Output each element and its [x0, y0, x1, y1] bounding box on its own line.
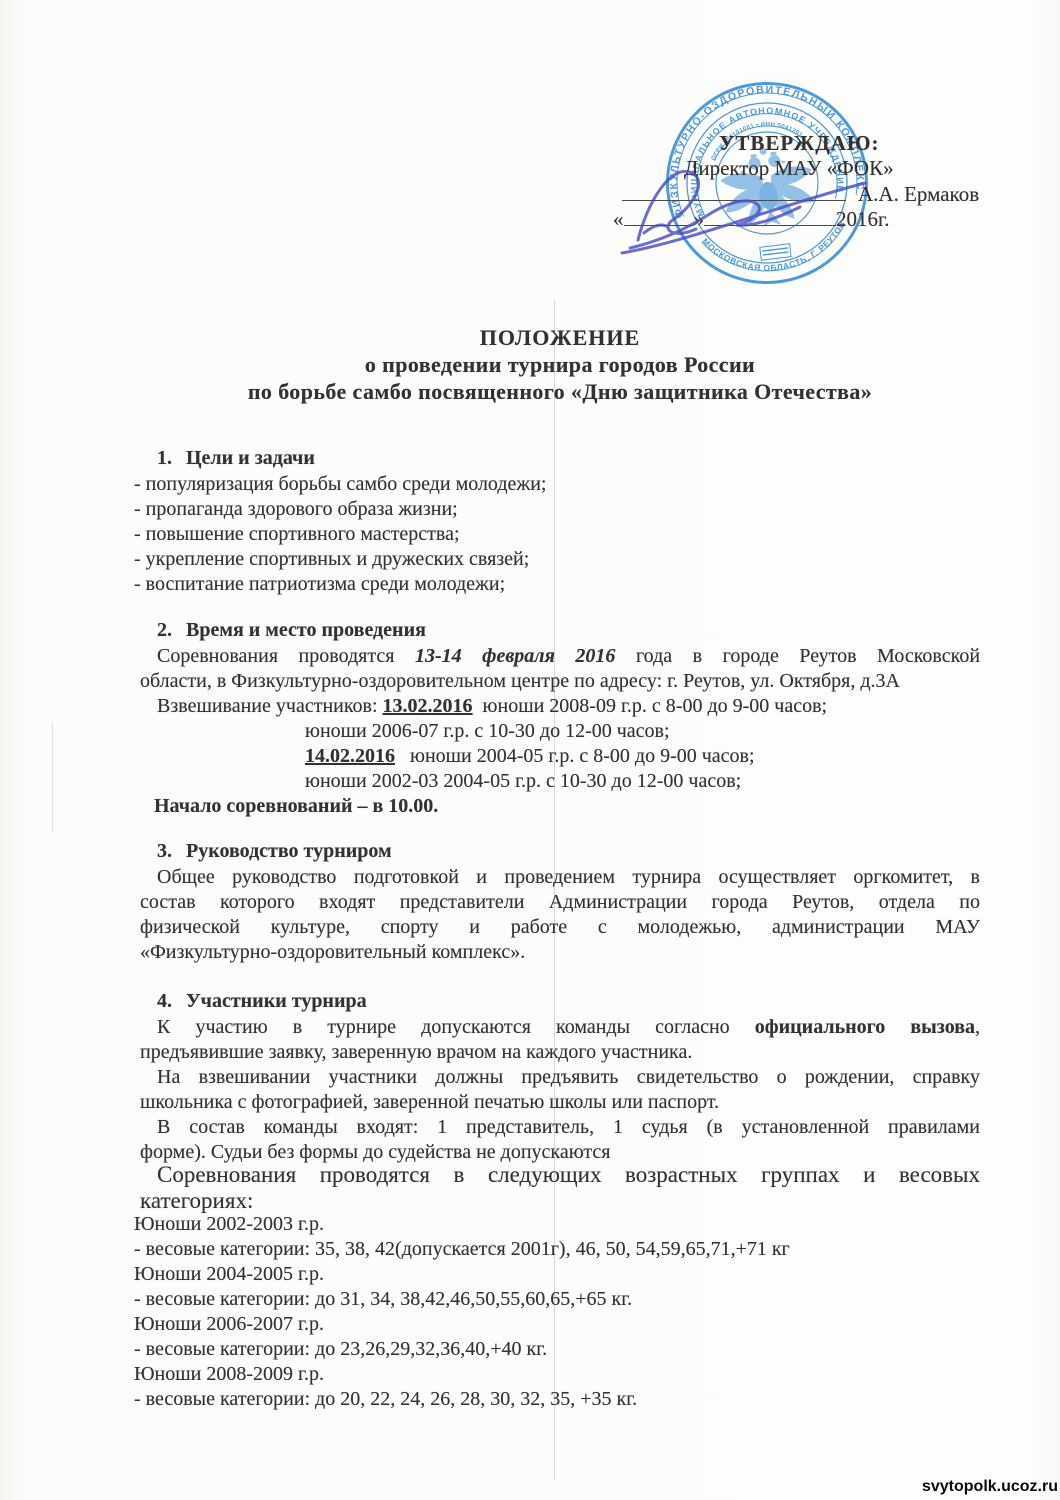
- management-paragraph-line: физической культуре, спорту и работе с м…: [140, 915, 980, 940]
- age-group-weights: - весовые категории: до 23,26,29,32,36,4…: [134, 1337, 974, 1362]
- age-groups-intro-line2: категориях:: [140, 1188, 980, 1214]
- management-paragraph-line: состав которого входят представители Адм…: [140, 890, 980, 915]
- site-watermark: svytopolk.ucoz.ru: [922, 1478, 1058, 1496]
- age-group-weights: - весовые категории: до 20, 22, 24, 26, …: [134, 1387, 974, 1412]
- age-groups-intro-line1: Соревнования проводятся в следующих возр…: [140, 1162, 980, 1188]
- section-time-place: 2.Время и место проведения Соревнования …: [140, 618, 980, 819]
- title-line-3: по борьбе самбо посвященного «Дню защитн…: [140, 378, 980, 405]
- section-time-place-number: 2.: [157, 619, 172, 641]
- section-goals-number: 1.: [157, 447, 172, 469]
- age-groups-list: Юноши 2002-2003 г.р. - весовые категории…: [134, 1212, 974, 1412]
- age-group-name: Юноши 2006-2007 г.р.: [134, 1312, 974, 1337]
- participants-p1-line1: К участию в турнире допускаются команды …: [140, 1015, 980, 1040]
- handwritten-signature: [600, 145, 890, 260]
- weigh-in-line2: юноши 2006-07 г.р. с 10-30 до 12-00 часо…: [140, 719, 980, 744]
- weigh-in-schedule: юноши 2004-05 г.р. с 8-00 до 9-00 часов;: [410, 745, 755, 767]
- section-goals-heading: 1.Цели и задачи: [140, 446, 980, 472]
- age-group-name: Юноши 2002-2003 г.р.: [134, 1212, 974, 1237]
- age-groups-intro: Соревнования проводятся в следующих возр…: [140, 1162, 980, 1214]
- weigh-in-date-1: 13.02.2016: [383, 695, 473, 717]
- scanned-document-page: ФИЗКУЛЬТУРНО-ОЗДОРОВИТЕЛЬНЫЙ КОМПЛЕКС МО…: [0, 0, 1060, 1500]
- paragraph-text: года в городе Реутов Московской: [636, 645, 980, 667]
- weigh-in-date-2: 14.02.2016: [305, 745, 395, 767]
- participants-p1-line2: предъявившие заявку, заверенную врачом н…: [140, 1040, 980, 1065]
- time-place-paragraph-line2: области, в Физкультурно-оздоровительном …: [140, 669, 980, 694]
- participants-p2-line1: На взвешивании участники должны предъяви…: [140, 1065, 980, 1090]
- section-participants-number: 4.: [157, 990, 172, 1012]
- weigh-in-line1: Взвешивание участников: 13.02.2016 юноши…: [140, 694, 980, 719]
- section-management: 3.Руководство турниром Общее руководство…: [140, 839, 980, 965]
- management-paragraph-line: Общее руководство подготовкой и проведен…: [140, 865, 980, 890]
- participants-p3-line1: В состав команды входят: 1 представитель…: [140, 1115, 980, 1140]
- goal-item: - укрепление спортивных и дружеских связ…: [134, 547, 980, 572]
- section-participants: 4.Участники турнира К участию в турнире …: [140, 989, 980, 1165]
- weigh-in-line4: юноши 2002-03 2004-05 г.р. с 10-30 до 12…: [140, 769, 980, 794]
- weigh-in-line3: 14.02.2016 юноши 2004-05 г.р. с 8-00 до …: [140, 744, 980, 769]
- time-place-paragraph-line1: Соревнования проводятся 13-14 февраля 20…: [140, 644, 980, 669]
- age-group-name: Юноши 2004-2005 г.р.: [134, 1262, 974, 1287]
- section-management-title: Руководство турниром: [186, 840, 392, 862]
- management-paragraph-line: «Физкультурно-оздоровительный комплекс».: [140, 940, 980, 965]
- signature-ink-strokes: [600, 145, 890, 260]
- section-management-number: 3.: [157, 840, 172, 862]
- section-time-place-title: Время и место проведения: [186, 619, 426, 641]
- goal-item: - воспитание патриотизма среди молодежи;: [134, 572, 980, 597]
- goal-item: - повышение спортивного мастерства;: [134, 522, 980, 547]
- official-invitation-bold: официального вызова: [755, 1016, 975, 1038]
- weigh-in-schedule: юноши 2008-09 г.р. с 8-00 до 9-00 часов;: [483, 695, 828, 717]
- paragraph-text: К участию в турнире допускаются команды …: [157, 1016, 730, 1038]
- title-line-1: ПОЛОЖЕНИЕ: [140, 324, 980, 351]
- goals-list: - популяризация борьбы самбо среди молод…: [134, 472, 980, 597]
- section-time-place-heading: 2.Время и место проведения: [140, 618, 980, 644]
- paragraph-text: ,: [975, 1016, 980, 1038]
- weigh-in-label: Взвешивание участников:: [157, 695, 378, 717]
- document-title-block: ПОЛОЖЕНИЕ о проведении турнира городов Р…: [140, 324, 980, 405]
- section-participants-title: Участники турнира: [186, 990, 367, 1012]
- section-goals-title: Цели и задачи: [186, 447, 315, 469]
- age-group-weights: - весовые категории: 35, 38, 42(допускае…: [134, 1237, 974, 1262]
- age-group-name: Юноши 2008-2009 г.р.: [134, 1362, 974, 1387]
- scan-fold-line-left: [52, 722, 53, 832]
- participants-p2-line2: школьника с фотографией, заверенной печа…: [140, 1090, 980, 1115]
- section-management-heading: 3.Руководство турниром: [140, 839, 980, 865]
- goal-item: - популяризация борьбы самбо среди молод…: [134, 472, 980, 497]
- section-goals: 1.Цели и задачи - популяризация борьбы с…: [140, 446, 980, 597]
- paragraph-text: Соревнования проводятся: [157, 645, 394, 667]
- section-participants-heading: 4.Участники турнира: [140, 989, 980, 1015]
- age-group-weights: - весовые категории: до 31, 34, 38,42,46…: [134, 1287, 974, 1312]
- title-line-2: о проведении турнира городов России: [140, 351, 980, 378]
- goal-item: - пропаганда здорового образа жизни;: [134, 497, 980, 522]
- start-time-line: Начало соревнований – в 10.00.: [140, 794, 980, 819]
- event-dates: 13-14 февраля 2016: [415, 645, 615, 667]
